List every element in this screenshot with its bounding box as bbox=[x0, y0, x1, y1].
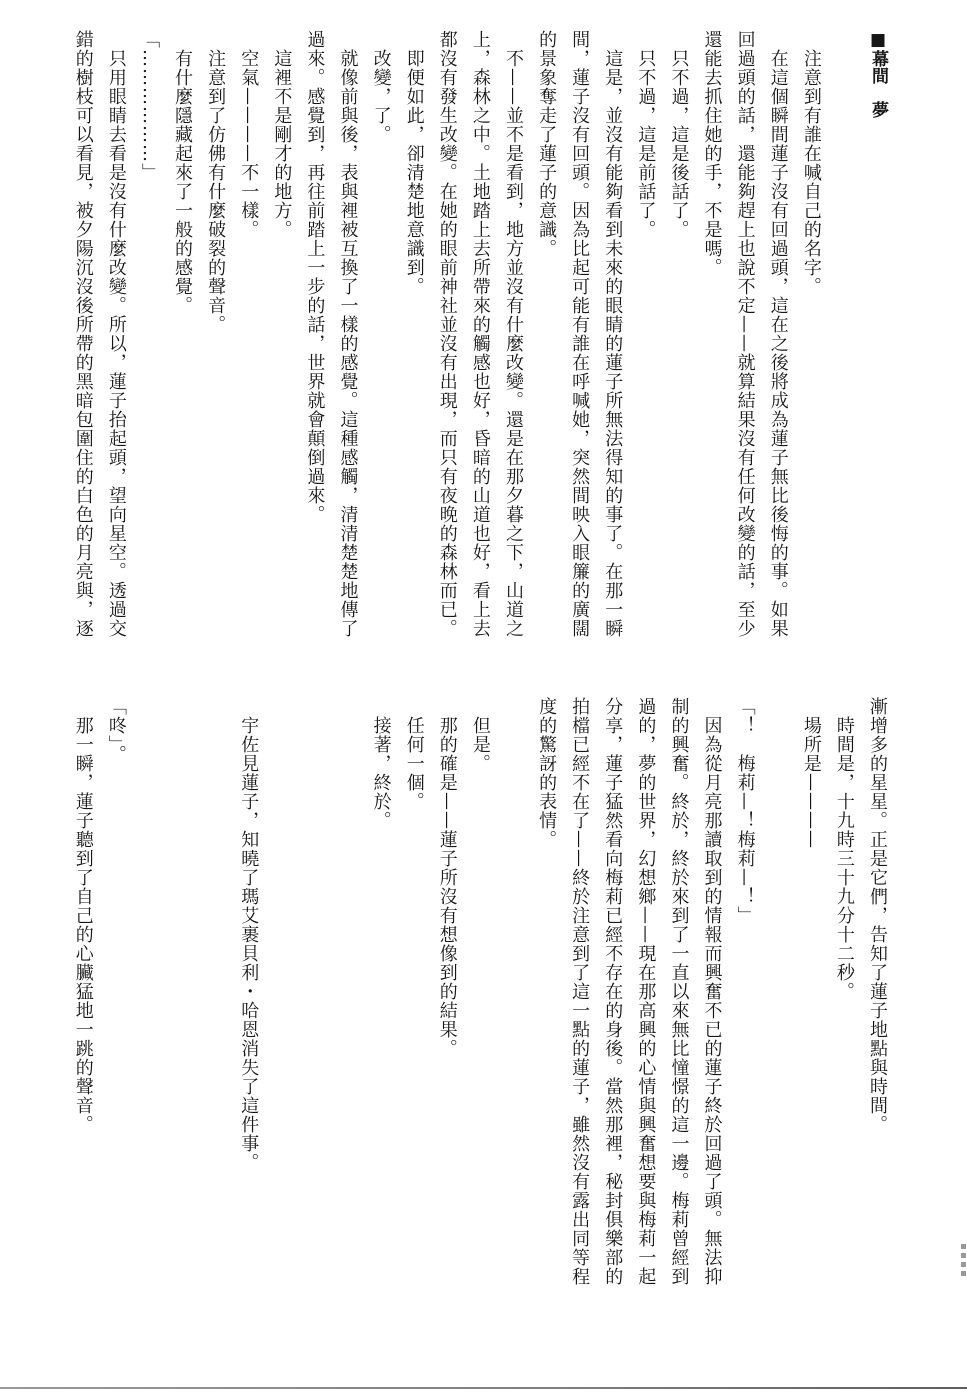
lower-text-block: 漸增多的星星。正是它們，告知了蓮子地點與時間。 時間是，十九時三十九分十二秒。 … bbox=[67, 697, 894, 1322]
text-column: 接著，終於。 bbox=[365, 697, 398, 1322]
blank-column bbox=[199, 697, 232, 1322]
text-column: 都沒有發生改變。在她的眼前神社並沒有出現，而只有夜晚的森林而已。 bbox=[431, 30, 464, 655]
dialogue-column: 「咚」。 bbox=[100, 697, 133, 1322]
text-column: 改變，了。 bbox=[365, 30, 398, 655]
text-column: 漸增多的星星。正是它們，告知了蓮子地點與時間。 bbox=[861, 697, 894, 1322]
text-column: 上，森林之中。土地踏上去所帶來的觸感也好，昏暗的山道也好，看上去 bbox=[464, 30, 497, 655]
text-column: 那的確是——蓮子所沒有想像到的結果。 bbox=[431, 697, 464, 1322]
text-column: 空氣————不一樣。 bbox=[232, 30, 265, 655]
chapter-heading: ■幕間 夢 bbox=[861, 30, 894, 655]
text-column: 注意到有誰在喊自己的名字。 bbox=[795, 30, 828, 655]
text-column: 在這個瞬間蓮子沒有回過頭，這在之後將成為蓮子無比後悔的事。如果 bbox=[762, 30, 795, 655]
text-column: 因為從月亮那讀取到的情報而興奮不已的蓮子終於回過了頭。無法抑 bbox=[695, 697, 728, 1322]
blank-column bbox=[331, 697, 364, 1322]
text-column: 過的，夢的世界，幻想鄉——現在那高興的心情與興奮想要與梅莉一起 bbox=[629, 697, 662, 1322]
text-column: 宇佐見蓮子，知曉了瑪艾裹貝利・哈恩消失了這件事。 bbox=[232, 697, 265, 1322]
text-column: 回過頭的話，還能夠趕上也說不定——就算結果沒有任何改變的話，至少 bbox=[729, 30, 762, 655]
text-column: 只不過，這是後話了。 bbox=[662, 30, 695, 655]
text-column: 注意到了仿佛有什麼破裂的聲音。 bbox=[199, 30, 232, 655]
dialogue-column: 「！ 梅莉—！梅莉—！」 bbox=[729, 697, 762, 1322]
text-column: 有什麼隱藏起來了一般的感覺。 bbox=[166, 30, 199, 655]
blank-column bbox=[497, 697, 530, 1322]
text-column: 即便如此，卻清楚地意識到。 bbox=[398, 30, 431, 655]
blank-column bbox=[133, 697, 166, 1322]
text-column: 時間是，十九時三十九分十二秒。 bbox=[828, 697, 861, 1322]
text-column: 這裡不是剛才的地方。 bbox=[265, 30, 298, 655]
text-column: 還能去抓住她的手，不是嗎。 bbox=[695, 30, 728, 655]
text-column: 拍檔已經不在了——終於注意到了這一點的蓮子，雖然沒有露出同等程 bbox=[563, 697, 596, 1322]
text-column: 場所是———— bbox=[795, 697, 828, 1322]
text-column: 的景象奪走了蓮子的意識。 bbox=[530, 30, 563, 655]
text-column: 分享，蓮子猛然看向梅莉已經不存在的身後。當然那裡，秘封俱樂部的 bbox=[596, 697, 629, 1322]
text-column: 「………………」 bbox=[133, 30, 166, 655]
blank-column bbox=[298, 697, 331, 1322]
upper-text-block: ■幕間 夢 注意到有誰在喊自己的名字。 在這個瞬間蓮子沒有回過頭，這在之後將成為… bbox=[67, 30, 894, 655]
blank-column bbox=[762, 697, 795, 1322]
page-number-fragment bbox=[961, 1244, 966, 1280]
text-column: 任何一個。 bbox=[398, 697, 431, 1322]
text-column: 那一瞬，蓮子聽到了自己的心臟猛地一跳的聲音。 bbox=[67, 697, 100, 1322]
text-column: 間，蓮子沒有回頭。因為比起可能有誰在呼喊她，突然間映入眼簾的廣闊 bbox=[563, 30, 596, 655]
text-column: 制的興奮。終於，終於來到了一直以來無比憧憬的這一邊。梅莉曾經到 bbox=[662, 697, 695, 1322]
blank-column bbox=[828, 30, 861, 655]
text-column: 度的驚訝的表情。 bbox=[530, 697, 563, 1322]
text-column: 錯的樹枝可以看見，被夕陽沉沒後所帶的黑暗包圍住的白色的月亮與，逐 bbox=[67, 30, 100, 655]
text-column: 但是。 bbox=[464, 697, 497, 1322]
blank-column bbox=[265, 697, 298, 1322]
text-column: 這是，並沒有能夠看到未來的眼睛的蓮子所無法得知的事了。在那一瞬 bbox=[596, 30, 629, 655]
text-column: 只用眼睛去看是沒有什麼改變。所以，蓮子抬起頭，望向星空。透過交 bbox=[100, 30, 133, 655]
text-column: 不——並不是看到，地方並沒有什麼改變。還是在那夕暮之下，山道之 bbox=[497, 30, 530, 655]
page-bottom-rule bbox=[0, 1387, 967, 1389]
text-column: 過來。感覺到，再往前踏上一步的話，世界就會顛倒過來。 bbox=[298, 30, 331, 655]
text-column: 只不過，這是前話了。 bbox=[629, 30, 662, 655]
blank-column bbox=[166, 697, 199, 1322]
text-column: 就像前與後，表與裡被互換了一樣的感覺。這種感觸，清清楚楚地傳了 bbox=[331, 30, 364, 655]
